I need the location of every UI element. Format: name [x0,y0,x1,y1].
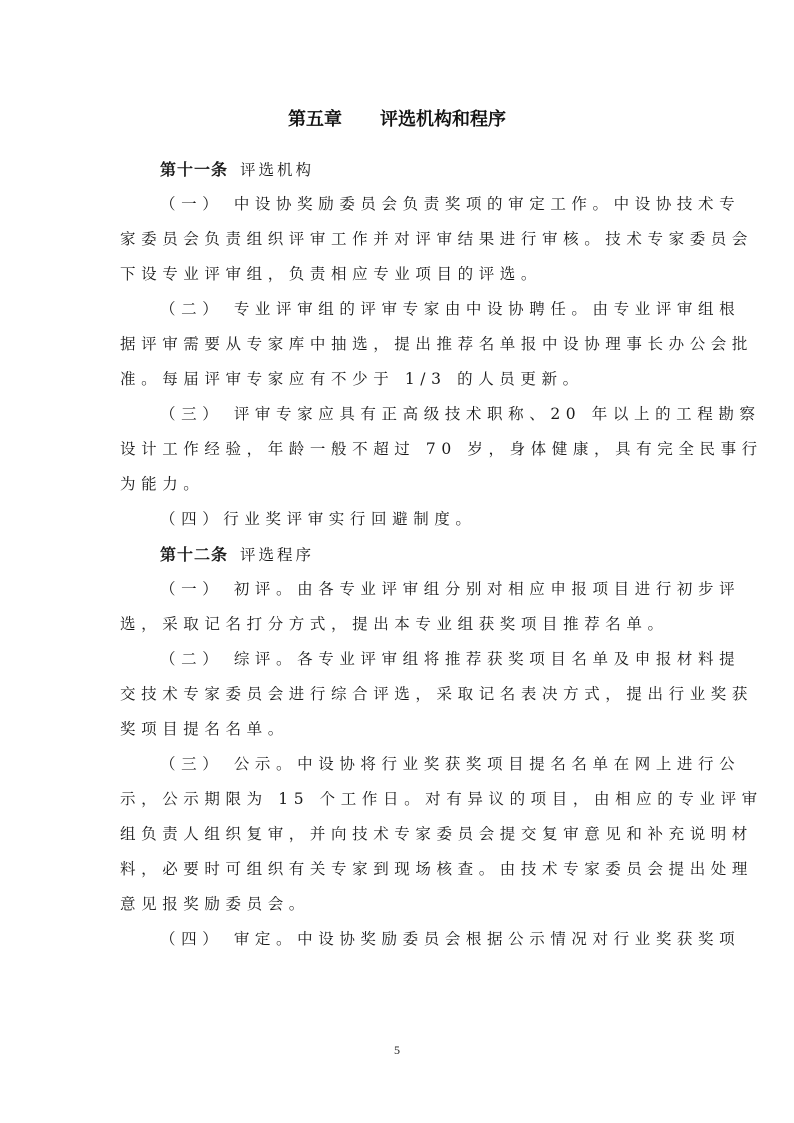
article-number: 第十一条 [160,160,228,179]
paragraph-line: 意见报奖励委员会。 [120,887,676,922]
page-number: 5 [0,1043,794,1058]
paragraph-line: 示，公示期限为 15 个工作日。对有异议的项目，由相应的专业评审 [120,782,676,817]
paragraph-line: 组负责人组织复审，并向技术专家委员会提交复审意见和补充说明材 [120,817,676,852]
paragraph-line: （三） 评审专家应具有正高级技术职称、20 年以上的工程勘察 [120,397,676,432]
paragraph-line: （三） 公示。中设协将行业奖获奖项目提名名单在网上进行公 [120,747,676,782]
article-heading: 第十二条评选程序 [120,537,676,572]
chapter-title: 评选机构和程序 [380,109,506,130]
article-name: 评选程序 [240,546,314,564]
paragraph-line: （一） 初评。由各专业评审组分别对相应申报项目进行初步评 [120,572,676,607]
chapter-heading: 第五章评选机构和程序 [0,108,794,132]
paragraph-line: 下设专业评审组，负责相应专业项目的评选。 [120,257,676,292]
document-body: 第十一条评选机构 （一） 中设协奖励委员会负责奖项的审定工作。中设协技术专 家委… [120,152,676,957]
paragraph-line: 设计工作经验，年龄一般不超过 70 岁，身体健康，具有完全民事行 [120,432,676,467]
paragraph-line: （二） 专业评审组的评审专家由中设协聘任。由专业评审组根 [120,292,676,327]
paragraph-line: （四）行业奖评审实行回避制度。 [120,502,676,537]
article-number: 第十二条 [160,545,228,564]
article-name: 评选机构 [240,161,314,179]
paragraph-line: 家委员会负责组织评审工作并对评审结果进行审核。技术专家委员会 [120,222,676,257]
article-heading: 第十一条评选机构 [120,152,676,187]
paragraph-line: （二） 综评。各专业评审组将推荐获奖项目名单及申报材料提 [120,642,676,677]
document-page: 第五章评选机构和程序 第十一条评选机构 （一） 中设协奖励委员会负责奖项的审定工… [0,0,794,1123]
chapter-number: 第五章 [288,109,342,130]
paragraph-line: 准。每届评审专家应有不少于 1/3 的人员更新。 [120,362,676,397]
paragraph-line: （一） 中设协奖励委员会负责奖项的审定工作。中设协技术专 [120,187,676,222]
paragraph-line: 选，采取记名打分方式，提出本专业组获奖项目推荐名单。 [120,607,676,642]
paragraph-line: 为能力。 [120,467,676,502]
paragraph-line: 据评审需要从专家库中抽选，提出推荐名单报中设协理事长办公会批 [120,327,676,362]
paragraph-line: 奖项目提名名单。 [120,712,676,747]
paragraph-line: 交技术专家委员会进行综合评选，采取记名表决方式，提出行业奖获 [120,677,676,712]
paragraph-line: （四） 审定。中设协奖励委员会根据公示情况对行业奖获奖项 [120,922,676,957]
paragraph-line: 料，必要时可组织有关专家到现场核查。由技术专家委员会提出处理 [120,852,676,887]
